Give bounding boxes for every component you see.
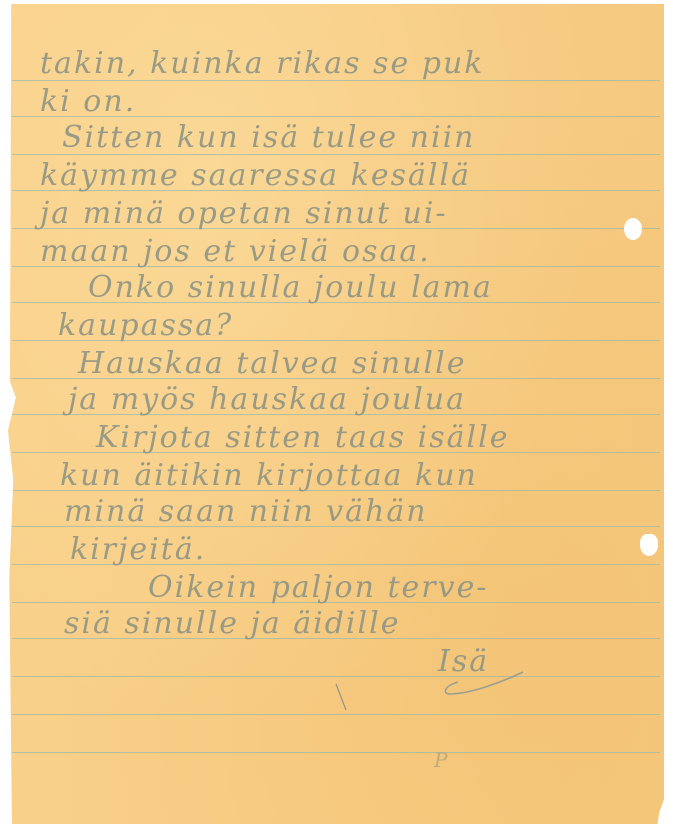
letter-line: kun äitikin kirjottaa kun [60,458,478,493]
letter-line: kaupassa? [58,308,233,343]
ruled-line [12,714,660,715]
letter-line: Oikein paljon terve- [148,570,488,605]
letter-line: käymme saaressa kesällä [40,158,471,193]
letter-line: Sitten kun isä tulee niin [62,120,476,155]
letter-line: Kirjota sitten taas isälle [96,420,509,455]
letter-line: siä sinulle ja äidille [64,606,400,641]
punch-hole [640,534,658,556]
letter-line: ja myös hauskaa joulua [68,382,466,417]
letter-line: takin, kuinka rikas se puk [40,46,484,81]
signature-flourish [438,664,538,704]
stray-pencil-stroke [334,682,348,712]
ruled-line [12,676,660,677]
letter-line: Onko sinulla joulu lama [88,270,493,305]
ruled-line [12,752,660,753]
letter-line: maan jos et vielä osaa. [40,234,431,269]
letter-line: ki on. [40,84,136,119]
letter-line: kirjeitä. [70,532,206,567]
punch-hole [624,218,642,240]
letter-paper: takin, kuinka rikas se puk ki on. Sitten… [8,4,664,824]
letter-line: Hauskaa talvea sinulle [78,346,467,381]
letter-line: minä saan niin vähän [64,494,428,529]
footer-mark: P [434,748,449,772]
letter-line: ja minä opetan sinut ui- [40,196,448,231]
